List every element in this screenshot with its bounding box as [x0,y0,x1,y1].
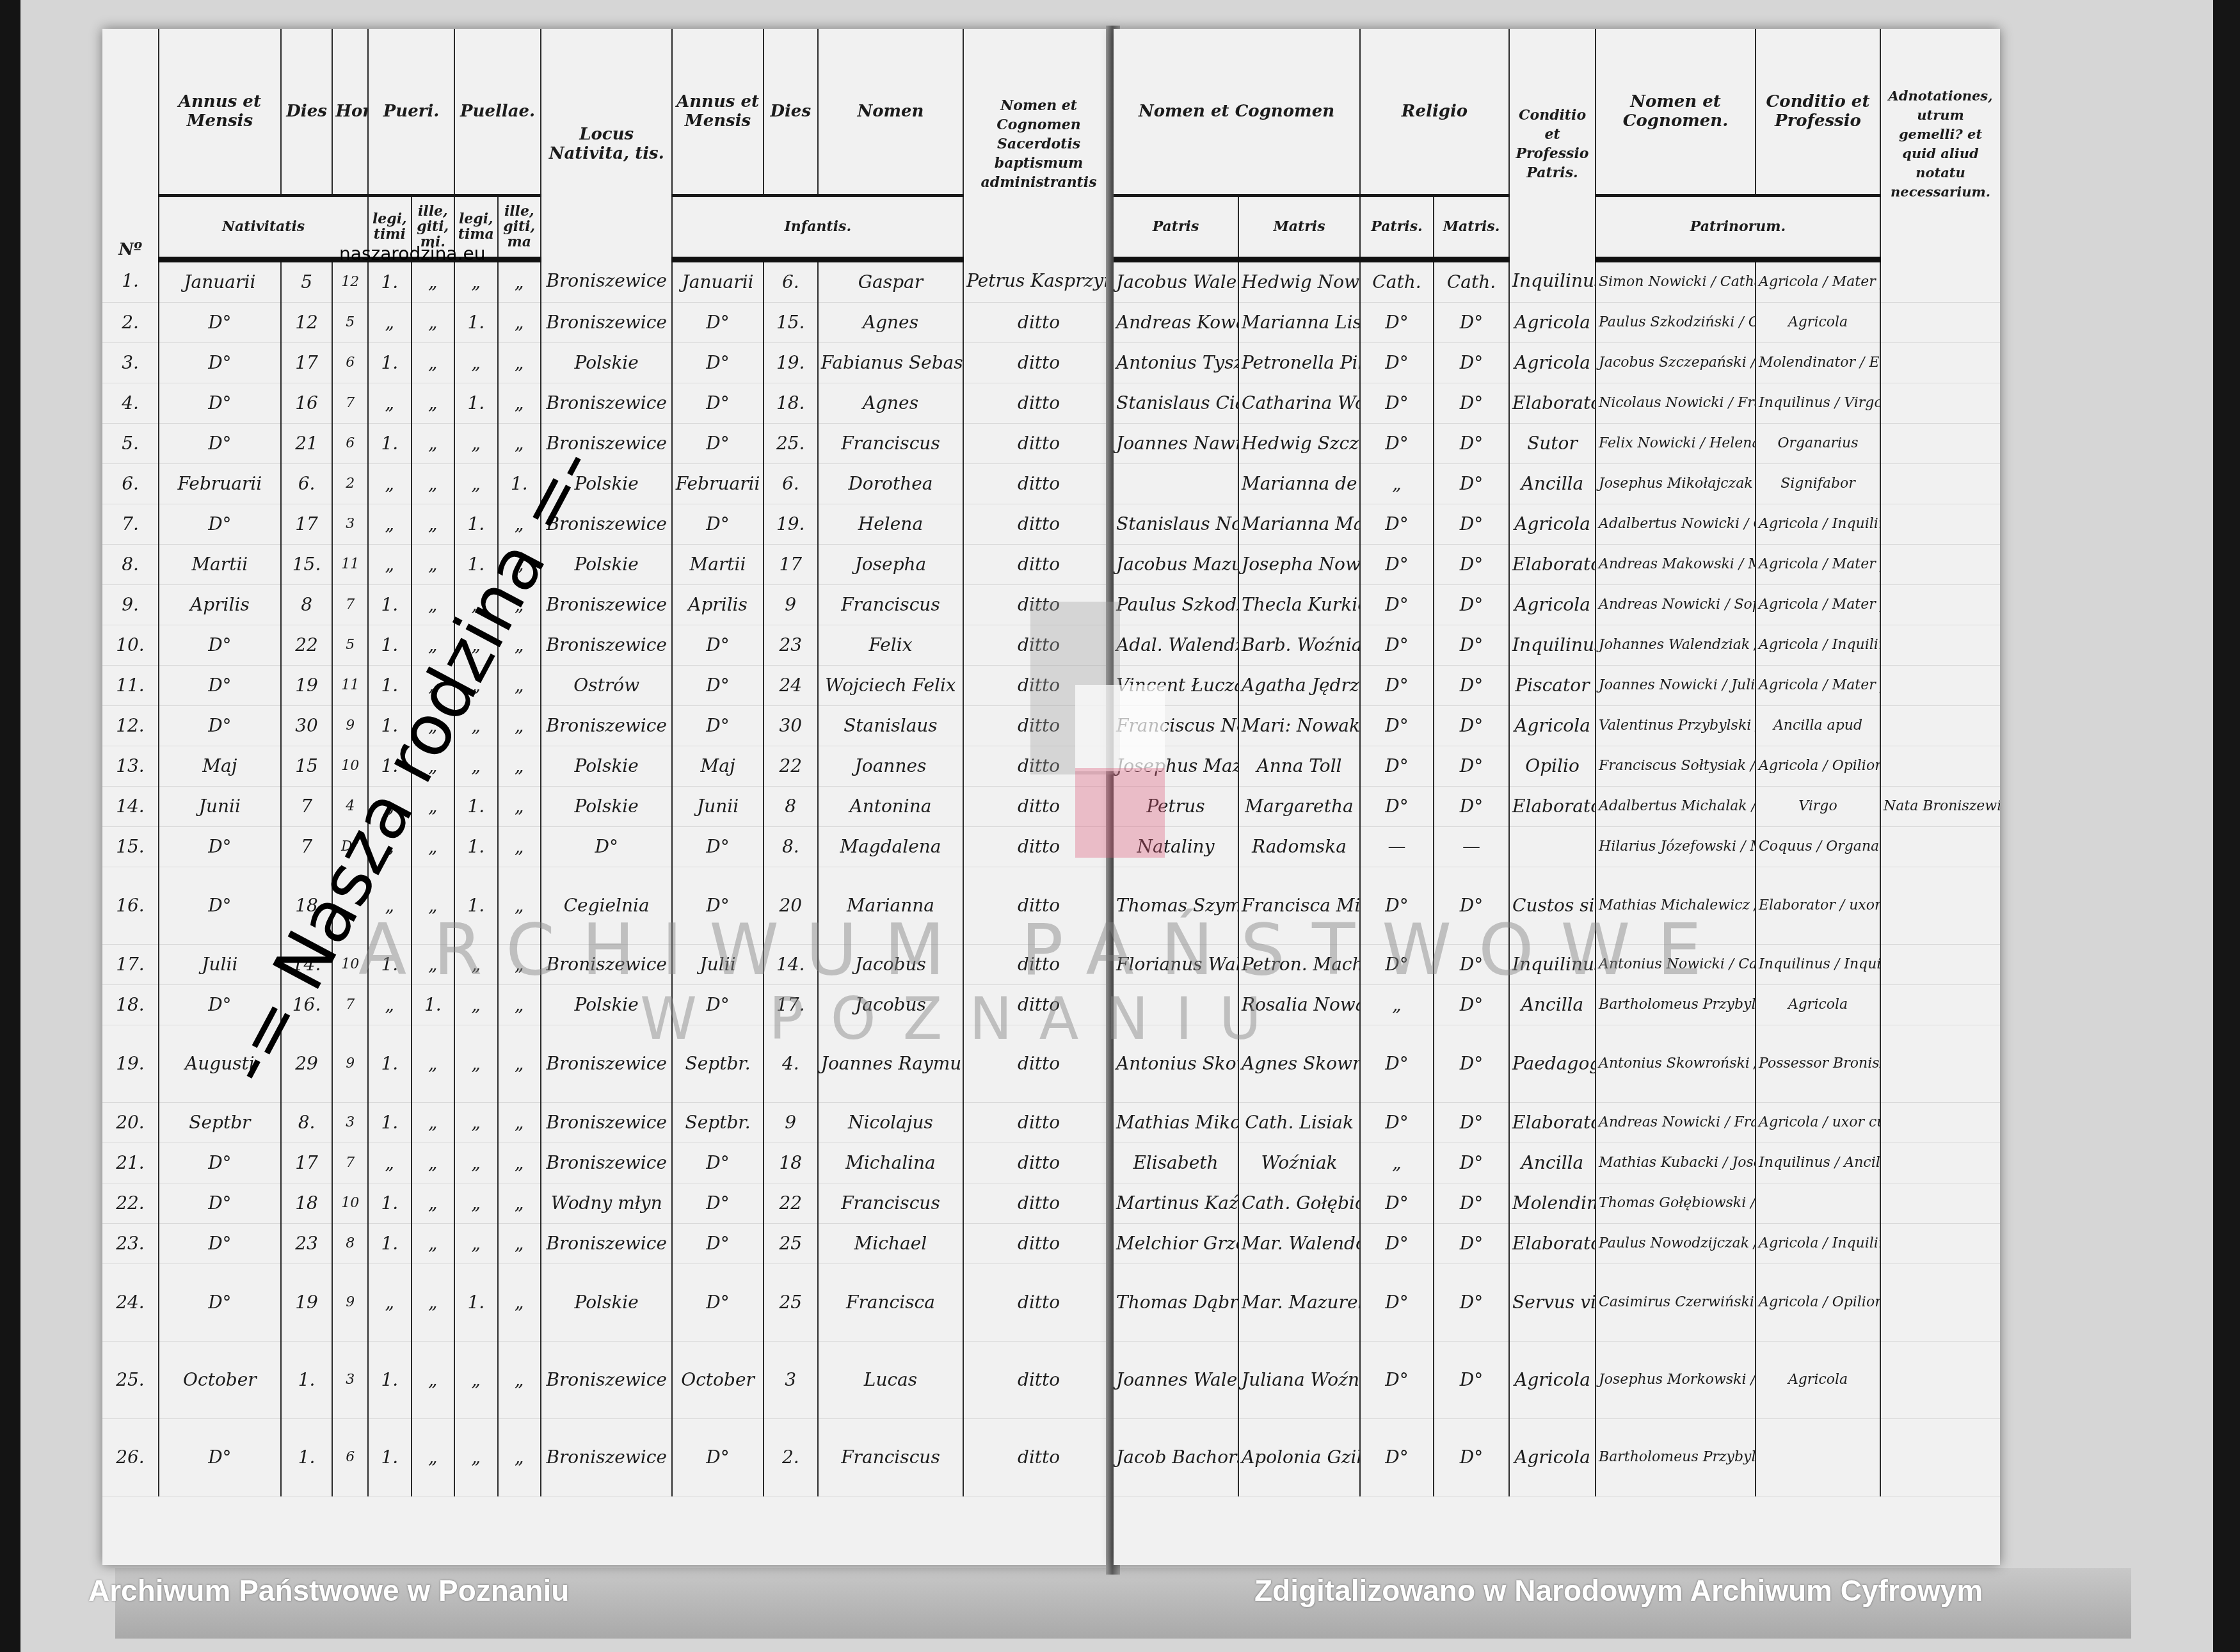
birth-month: Junii [159,786,281,826]
child-name: Michalina [818,1143,963,1183]
mother-name: Cath. Lisiak [1238,1102,1360,1143]
religion-mother: — [1434,826,1509,867]
birth-hour: 6 [332,342,368,383]
scan-left-border [0,0,20,1652]
father-profession: Agricola [1509,302,1596,342]
birth-place: Broniszewice [541,1102,672,1143]
father-profession: Inquilinus [1509,625,1596,665]
father-name: Melchior Grzegorczyk [1114,1223,1238,1263]
table-row: 1.Januarii5121.„„„BroniszewiceJanuarii6.… [102,259,1114,302]
baptism-month: D° [672,423,763,463]
birth-hour: 3 [332,504,368,544]
birth-place: Wodny młyn [541,1183,672,1223]
entry-number: 23. [102,1223,159,1263]
birth-month: D° [159,1143,281,1183]
table-row: Antonius TyszkowskiPetronella PilarskaD°… [1114,342,2000,383]
header-religio-patris: Patris. [1360,195,1434,259]
birth-hour: 7 [332,1143,368,1183]
annotation [1880,1143,2000,1183]
birth-month: D° [159,504,281,544]
table-row: Thomas DąbrowskiMar. MazurekD°D°Servus v… [1114,1263,2000,1341]
baptism-day: 9 [764,1102,818,1143]
religion-father: D° [1360,625,1434,665]
mother-name: Woźniak [1238,1143,1360,1183]
table-row: Josephus MazurekAnna TollD°D°OpilioFranc… [1114,746,2000,786]
child-name: Agnes [818,302,963,342]
boys-illegitimate: „ [412,342,454,383]
girls-legitimate: „ [454,1341,497,1418]
boys-legitimate: 1. [368,259,411,302]
birth-month: D° [159,705,281,746]
birth-day: 18 [281,1183,333,1223]
table-row: 13.Maj15101.„„„PolskieMaj22Joannesditto [102,746,1114,786]
mother-name: Juliana Woźniczak [1238,1341,1360,1418]
father-name: Paulus Szkodziński [1114,584,1238,625]
table-row: 4.D°167„„1.„BroniszewiceD°18.Agnesditto [102,383,1114,423]
father-profession: Opilio [1509,746,1596,786]
father-profession: Ancilla [1509,1143,1596,1183]
header-annus-mensis: Annus et Mensis [159,29,281,195]
annotation [1880,1341,2000,1418]
baptism-day: 24 [764,665,818,705]
religion-mother: D° [1434,665,1509,705]
table-row: 10.D°2251.„„„BroniszewiceD°23Felixditto [102,625,1114,665]
header-pueri: Pueri. [368,29,454,195]
father-profession: Ancilla [1509,463,1596,504]
baptism-day: 25 [764,1223,818,1263]
girls-illegitimate: „ [498,1341,541,1418]
girls-illegitimate: „ [498,383,541,423]
godparents-profession: Agricola / Mater familias [1756,259,1880,302]
table-row: Vincent ŁuczakAgatha JędrzejakD°D°Piscat… [1114,665,2000,705]
priest-name: ditto [963,1223,1114,1263]
birth-place: Polskie [541,786,672,826]
father-profession: Agricola [1509,1418,1596,1496]
birth-day: 19 [281,665,333,705]
godparents-profession: Elaborator / uxor silvani [1756,867,1880,944]
godparents-names: Jacobus Szczepański / Hedwigis Antoniak [1596,342,1756,383]
entry-number: 21. [102,1143,159,1183]
religion-mother: D° [1434,1183,1509,1223]
boys-illegitimate: „ [412,1263,454,1341]
header-locus-nativitatis: Locus Nativita, tis. [541,29,672,259]
baptism-month: D° [672,1223,763,1263]
table-row: 20.Septbr8.31.„„„BroniszewiceSeptbr.9Nic… [102,1102,1114,1143]
annotation [1880,867,2000,944]
father-profession: Elaborator [1509,1102,1596,1143]
girls-legitimate: „ [454,1143,497,1183]
birth-month: D° [159,826,281,867]
entry-number: 19. [102,1025,159,1102]
annotation [1880,423,2000,463]
godparents-names: Antonius Skowroński / Josepha Skowrońska [1596,1025,1756,1102]
baptism-day: 25 [764,1263,818,1341]
annotation [1880,665,2000,705]
table-row: 9.Aprilis871.„„„BroniszewiceAprilis9Fran… [102,584,1114,625]
religion-mother: D° [1434,1025,1509,1102]
boys-legitimate: 1. [368,1025,411,1102]
baptism-month: D° [672,1263,763,1341]
religion-father: „ [1360,463,1434,504]
godparents-profession: Agricola / Inquilina [1756,504,1880,544]
annotation [1880,746,2000,786]
religion-mother: D° [1434,1418,1509,1496]
birth-hour: 9 [332,705,368,746]
mother-name: Hedwig Szczepańska [1238,423,1360,463]
girls-legitimate: „ [454,1102,497,1143]
baptism-day: 18 [764,1143,818,1183]
birth-place: Broniszewice [541,259,672,302]
table-row: 15.D°7D°„„1.„D°D°8.Magdalenaditto [102,826,1114,867]
birth-place: Broniszewice [541,383,672,423]
footer-digitized-by: Zdigitalizowano w Narodowym Archiwum Cyf… [1254,1573,1983,1608]
birth-day: 12 [281,302,333,342]
mother-name: Marianna Lisiak [1238,302,1360,342]
godparents-names: Casimirus Czerwiński / Ludovica Fiener [1596,1263,1756,1341]
priest-name: ditto [963,504,1114,544]
table-row: 22.D°18101.„„„Wodny młynD°22Franciscusdi… [102,1183,1114,1223]
boys-legitimate: 1. [368,1183,411,1223]
mother-name: Hedwig Nowicka [1238,259,1360,302]
birth-month: D° [159,423,281,463]
entry-number: 20. [102,1102,159,1143]
baptism-day: 6. [764,463,818,504]
girls-legitimate: „ [454,1183,497,1223]
father-name: Andreas Kowalski [1114,302,1238,342]
child-name: Franciscus [818,584,963,625]
birth-place: Broniszewice [541,625,672,665]
baptism-month: October [672,1341,763,1418]
baptism-register-right-table: Nomen et Cognomen Religio Conditio et Pr… [1114,29,2000,1496]
baptism-month: D° [672,625,763,665]
birth-hour: 3 [332,1341,368,1418]
godparents-profession: Possessor Broniszewiensis [1756,1025,1880,1102]
header-religio-matris: Matris. [1434,195,1509,259]
baptism-month: D° [672,504,763,544]
birth-month: Maj [159,746,281,786]
boys-legitimate: 1. [368,1341,411,1418]
boys-legitimate: 1. [368,1418,411,1496]
birth-day: 16 [281,383,333,423]
entry-number: 12. [102,705,159,746]
entry-number: 13. [102,746,159,786]
birth-day: 21 [281,423,333,463]
baptism-day: 18. [764,383,818,423]
girls-illegitimate: „ [498,1143,541,1183]
godparents-profession [1756,1183,1880,1223]
right-page: Nomen et Cognomen Religio Conditio et Pr… [1114,29,2000,1565]
godparents-names: Adalbertus Nowicki / Cordula Nowicka [1596,504,1756,544]
annotation [1880,1102,2000,1143]
watermark-archive-line2: W POZNANIU [640,986,1288,1053]
table-row: 24.D°199„„1.„PolskieD°25Franciscaditto [102,1263,1114,1341]
table-row: Stanislaus NowickiMarianna MarciniakD°D°… [1114,504,2000,544]
entry-number: 4. [102,383,159,423]
girls-illegitimate: „ [498,1223,541,1263]
annotation [1880,944,2000,984]
priest-name: ditto [963,1263,1114,1341]
header-illegitimae: ille, giti, ma [498,195,541,259]
entry-number: 15. [102,826,159,867]
baptism-month: Septbr. [672,1102,763,1143]
entry-number: 5. [102,423,159,463]
baptism-day: 25. [764,423,818,463]
godparents-names: Andreas Nowicki / Francisca Wysocka [1596,1102,1756,1143]
baptism-day: 19. [764,504,818,544]
girls-legitimate: „ [454,259,497,302]
birth-day: 19 [281,1263,333,1341]
table-row: Andreas KowalskiMarianna LisiakD°D°Agric… [1114,302,2000,342]
father-name: Stanislaus Ciastka [1114,383,1238,423]
birth-place: Broniszewice [541,705,672,746]
baptism-day: 8 [764,786,818,826]
father-name: Joannes Walendowski [1114,1341,1238,1418]
religion-father: D° [1360,1223,1434,1263]
religion-mother: D° [1434,1102,1509,1143]
entry-number: 9. [102,584,159,625]
religion-father: D° [1360,1341,1434,1418]
child-name: Wojciech Felix [818,665,963,705]
religion-mother: D° [1434,342,1509,383]
religion-mother: D° [1434,463,1509,504]
annotation [1880,826,2000,867]
baptism-month: D° [672,383,763,423]
table-row: 25.October1.31.„„„BroniszewiceOctober3Lu… [102,1341,1114,1418]
girls-legitimate: 1. [454,302,497,342]
father-name [1114,463,1238,504]
table-row: 21.D°177„„„„BroniszewiceD°18Michalinadit… [102,1143,1114,1183]
boys-legitimate: „ [368,302,411,342]
birth-place: D° [541,826,672,867]
religion-mother: D° [1434,746,1509,786]
birth-month: D° [159,1418,281,1496]
godparents-names: Bartholomeus Przybylski / Catharina Bach… [1596,1418,1756,1496]
father-name: Jacobus Mazurek [1114,544,1238,584]
left-page: Nº Annus et Mensis Dies Hora. Pueri. Pue… [102,29,1114,1565]
baptism-month: D° [672,1183,763,1223]
table-row: Paulus SzkodzińskiThecla KurkiewiczD°D°A… [1114,584,2000,625]
boys-illegitimate: „ [412,463,454,504]
child-name: Francisca [818,1263,963,1341]
religion-father: D° [1360,1263,1434,1341]
baptism-month: Maj [672,746,763,786]
girls-legitimate: „ [454,342,497,383]
birth-month: D° [159,625,281,665]
religion-father: D° [1360,1418,1434,1496]
child-name: Helena [818,504,963,544]
table-row: NatalinyRadomska——Hilarius Józefowski / … [1114,826,2000,867]
boys-legitimate: „ [368,1143,411,1183]
baptism-month: D° [672,1418,763,1496]
father-name: Stanislaus Nowicki [1114,504,1238,544]
entry-number: 6. [102,463,159,504]
father-name: Jacobus Walendziak [1114,259,1238,302]
birth-day: 30 [281,705,333,746]
table-row: 11.D°19111.„„„OstrówD°24Wojciech Felixdi… [102,665,1114,705]
scan-right-border [2213,0,2240,1652]
baptism-day: 22 [764,746,818,786]
godparents-profession: Agricola / Inquilina [1756,1223,1880,1263]
religion-mother: D° [1434,1223,1509,1263]
father-profession: Elaborator [1509,544,1596,584]
birth-place: Polskie [541,1263,672,1341]
boys-legitimate: 1. [368,584,411,625]
mother-name: Margaretha [1238,786,1360,826]
godparents-names: Josephus Morkowski / Margaretha Walendow… [1596,1341,1756,1418]
baptism-day: 15. [764,302,818,342]
girls-illegitimate: „ [498,1025,541,1102]
baptism-month: D° [672,705,763,746]
religion-mother: D° [1434,504,1509,544]
father-profession: Molendinator [1509,1183,1596,1223]
table-row: 8.Martii15.11„„1.„PolskieMartii17Josepha… [102,544,1114,584]
header-number: Nº [102,29,159,259]
priest-name: Petrus Kasprzyński [963,259,1114,302]
footer-archive-name: Archiwum Państwowe w Poznaniu [88,1573,569,1608]
birth-month: D° [159,665,281,705]
father-profession: Paedagogus [1509,1025,1596,1102]
table-row: Jacobus MazurekJosepha NowakD°D°Elaborat… [1114,544,2000,584]
godparents-names: Paulus Nowodzijczak / Victoria Bogacka [1596,1223,1756,1263]
annotation [1880,984,2000,1025]
girls-illegitimate: „ [498,259,541,302]
father-name: Adal. Walendziak [1114,625,1238,665]
priest-name: ditto [963,342,1114,383]
religion-father: D° [1360,504,1434,544]
religion-mother: D° [1434,705,1509,746]
birth-month: D° [159,383,281,423]
child-name: Agnes [818,383,963,423]
religion-father: — [1360,826,1434,867]
father-profession: Elaborator [1509,1223,1596,1263]
birth-month: D° [159,342,281,383]
boys-illegitimate: „ [412,383,454,423]
boys-legitimate: 1. [368,625,411,665]
entry-number: 8. [102,544,159,584]
boys-illegitimate: „ [412,504,454,544]
birth-hour: 5 [332,625,368,665]
religion-mother: D° [1434,383,1509,423]
birth-place: Broniszewice [541,584,672,625]
birth-hour: 6 [332,423,368,463]
birth-month: D° [159,1183,281,1223]
birth-day: 17 [281,1143,333,1183]
table-row: Joannes NawrockiHedwig SzczepańskaD°D°Su… [1114,423,2000,463]
mother-name: Agatha Jędrzejak [1238,665,1360,705]
birth-hour: 7 [332,584,368,625]
godparents-names: Thomas Gołębiowski / Josepha Głowacka [1596,1183,1756,1223]
mother-name: Catharina Wojczak [1238,383,1360,423]
table-row: 2.D°125„„1.„BroniszewiceD°15.Agnesditto [102,302,1114,342]
girls-illegitimate: „ [498,342,541,383]
godparents-profession: Agricola / Opilionissa [1756,1263,1880,1341]
table-row: 23.D°2381.„„„BroniszewiceD°25Michaelditt… [102,1223,1114,1263]
baptism-month: D° [672,302,763,342]
religion-father: D° [1360,342,1434,383]
godparents-profession: Agricola / Mater familias [1756,665,1880,705]
mother-name: Petronella Pilarska [1238,342,1360,383]
baptism-month: Januarii [672,259,763,302]
mother-name: Mar. Walendowska [1238,1223,1360,1263]
table-row: Marianna de Walendowskie„D°AncillaJoseph… [1114,463,2000,504]
table-row: Melchior GrzegorczykMar. WalendowskaD°D°… [1114,1223,2000,1263]
table-row: Stanislaus CiastkaCatharina WojczakD°D°E… [1114,383,2000,423]
header-dies-baptismi: Dies [764,29,818,195]
godparents-profession: Agricola / Mater familias [1756,544,1880,584]
priest-name: ditto [963,1143,1114,1183]
father-name: Antonius Tyszkowski [1114,342,1238,383]
godparents-profession: Coquus / Organarka [1756,826,1880,867]
godparents-names: Simon Nowicki / Catharina Nowicka [1596,259,1756,302]
baptism-day: 17 [764,544,818,584]
birth-day: 5 [281,259,333,302]
baptism-day: 23 [764,625,818,665]
priest-name: ditto [963,1102,1114,1143]
birth-month: Septbr [159,1102,281,1143]
godparents-names: Andreas Makowski / Marianna Cyranek [1596,544,1756,584]
godparents-profession: Ancilla apud [1756,705,1880,746]
header-patrinorum: Patrinorum. [1596,195,1880,259]
table-row: 14.Junii74„„1.„PolskieJunii8Antoninaditt… [102,786,1114,826]
boys-illegitimate: „ [412,302,454,342]
religion-father: „ [1360,1143,1434,1183]
religion-father: D° [1360,423,1434,463]
birth-day: 8 [281,584,333,625]
baptism-month: Martii [672,544,763,584]
annotation [1880,383,2000,423]
religion-mother: D° [1434,1143,1509,1183]
girls-legitimate: „ [454,1418,497,1496]
baptism-day: 3 [764,1341,818,1418]
godparents-names: Valentinus Przybylski / Marianna Nowicka [1596,705,1756,746]
boys-legitimate: „ [368,463,411,504]
girls-legitimate: 1. [454,826,497,867]
father-name: Mathias Mikołajczak [1114,1102,1238,1143]
baptism-day: 2. [764,1418,818,1496]
birth-place: Broniszewice [541,1143,672,1183]
table-row: Adal. WalendziakBarb. WoźniakD°D°Inquili… [1114,625,2000,665]
annotation [1880,302,2000,342]
header-dies: Dies [281,29,333,195]
child-name: Felix [818,625,963,665]
annotation [1880,1183,2000,1223]
godparents-profession: Agricola / uxor custodis silvae [1756,1102,1880,1143]
birth-hour: 8 [332,1223,368,1263]
annotation [1880,463,2000,504]
father-profession: Agricola [1509,1341,1596,1418]
baptism-day: 8. [764,826,818,867]
header-patrini-conditio: Conditio et Professio [1756,29,1880,195]
birth-hour: 3 [332,1102,368,1143]
birth-hour: 12 [332,259,368,302]
priest-name: ditto [963,1418,1114,1496]
mother-name: Apolonia Gzik [1238,1418,1360,1496]
header-sacerdos: Nomen et Cognomen Sacerdotis baptismum a… [963,29,1114,259]
girls-illegitimate: „ [498,1183,541,1223]
birth-day: 8. [281,1102,333,1143]
father-profession: Elaborator [1509,383,1596,423]
girls-illegitimate: „ [498,302,541,342]
birth-month: D° [159,867,281,944]
godparents-names: Adalbertus Michalak / Antonina Cieślak [1596,786,1756,826]
religion-mother: D° [1434,786,1509,826]
header-puellae: Puellae. [454,29,541,195]
birth-hour: 6 [332,1418,368,1496]
child-name: Stanislaus [818,705,963,746]
godparents-names: Paulus Szkodziński / Catharina Matuszews… [1596,302,1756,342]
child-name: Michael [818,1223,963,1263]
entry-number: 26. [102,1418,159,1496]
